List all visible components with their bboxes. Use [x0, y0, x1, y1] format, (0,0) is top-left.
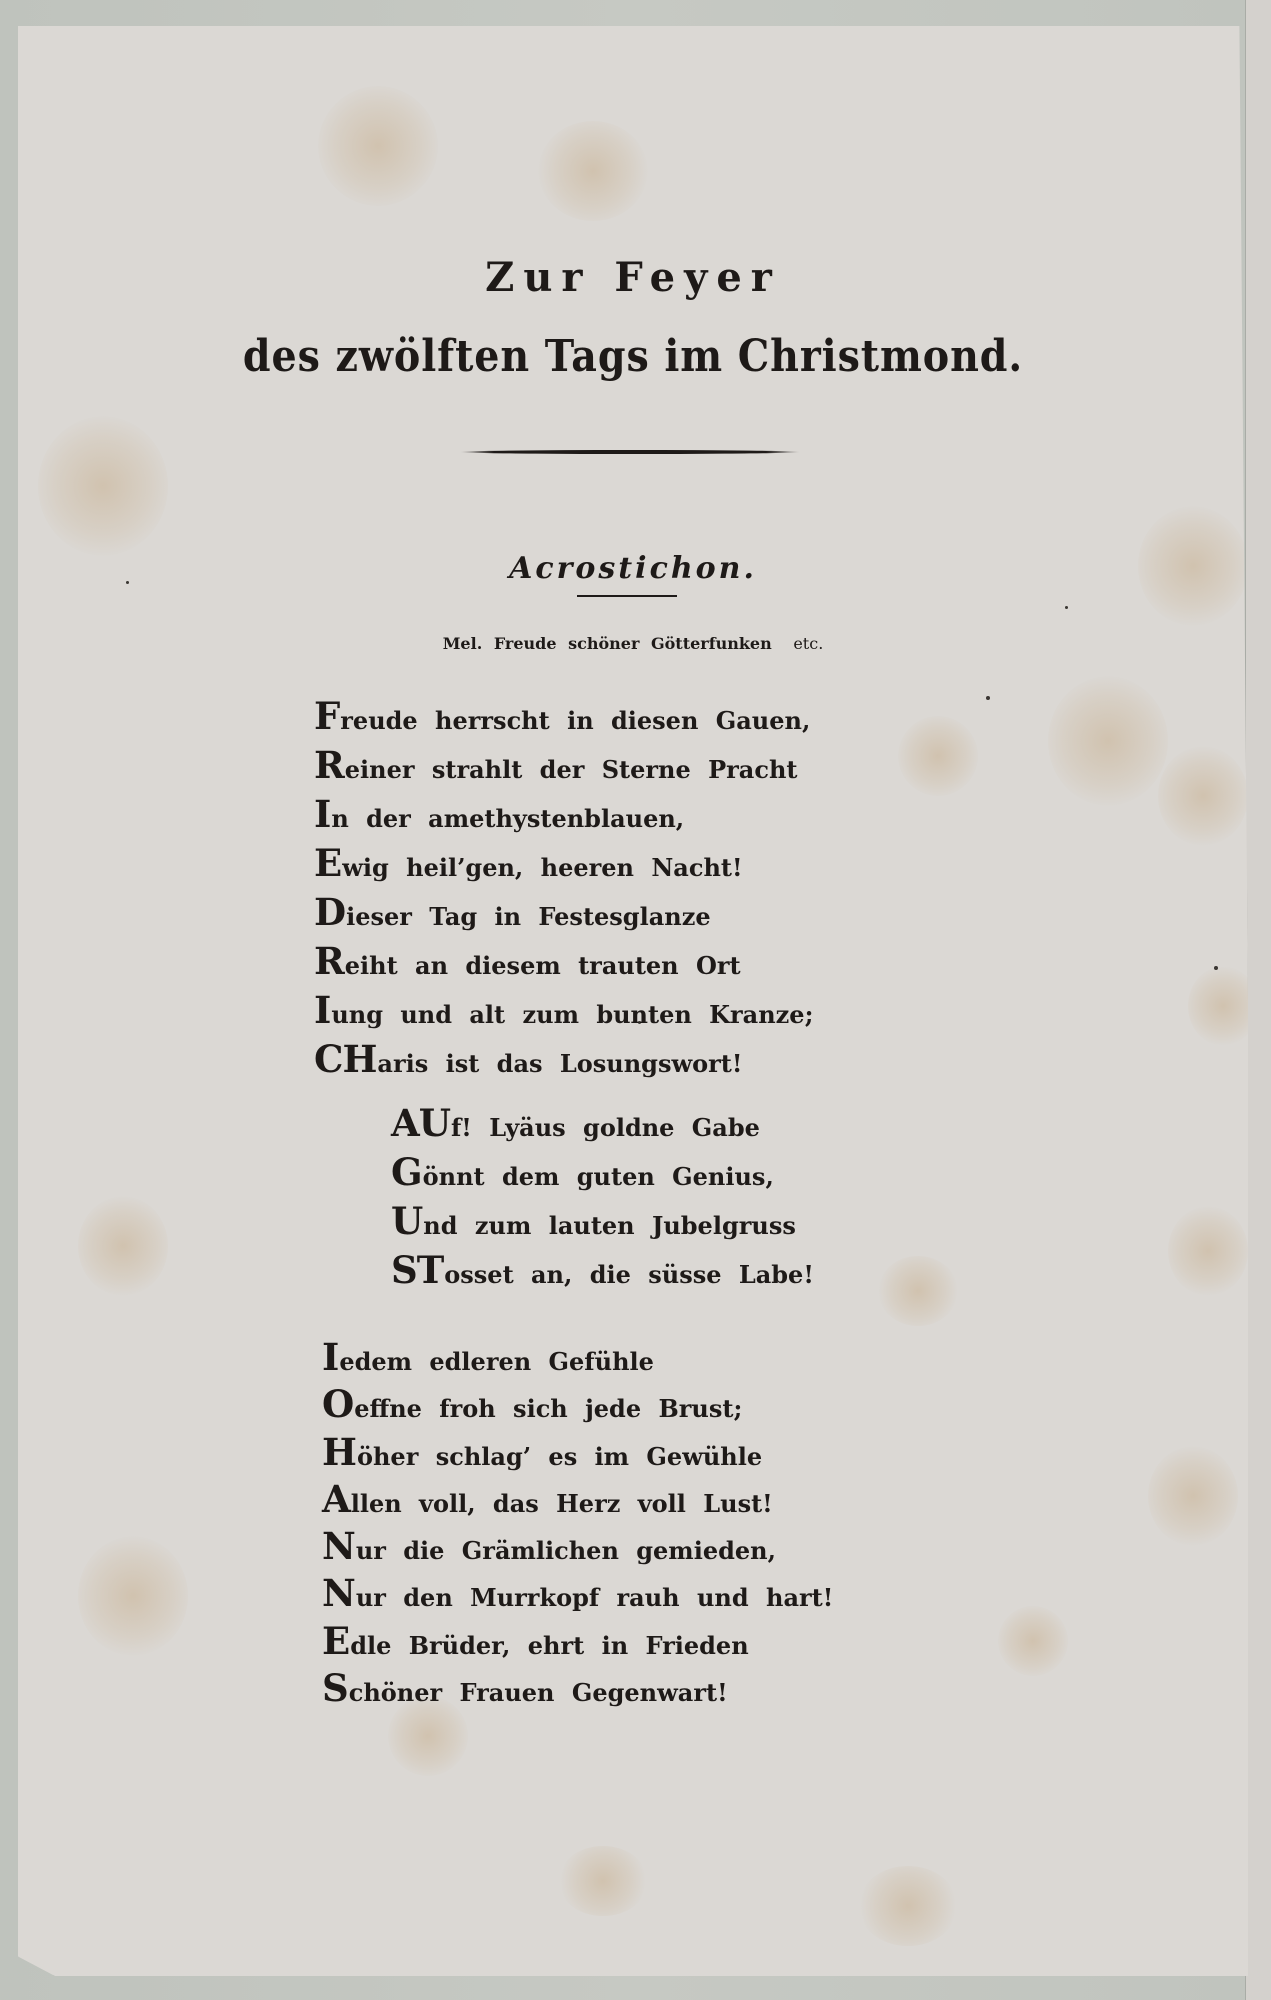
- subtitle-acrostichon: Acrostichon.: [18, 551, 1248, 586]
- melody-suffix: etc.: [793, 634, 823, 653]
- line-text: osset an, die süsse Labe!: [444, 1260, 814, 1289]
- acrostic-initial: E: [322, 1619, 349, 1663]
- line-text: öher schlag’ es im Gewühle: [357, 1442, 762, 1471]
- ink-speck: [986, 696, 990, 700]
- verse-line: Nur den Murrkopf rauh und hart!: [322, 1570, 833, 1617]
- acrostic-initial: I: [322, 1335, 338, 1379]
- acrostic-initial: N: [322, 1524, 355, 1568]
- line-text: edem edleren Gefühle: [339, 1347, 654, 1376]
- line-text: eiht an diesem trauten Ort: [345, 951, 741, 980]
- stanza-2: Iedem edleren Gefühle Oeffne froh sich j…: [322, 1334, 833, 1712]
- foxing-stain: [1168, 1206, 1248, 1296]
- line-text: ung und alt zum bunten Kranze;: [331, 1000, 813, 1029]
- verse-line: Gönnt dem guten Genius,: [391, 1148, 814, 1197]
- foxing-stain: [318, 86, 438, 206]
- verse-line: Schöner Frauen Gegenwart!: [322, 1665, 833, 1712]
- line-text: nd zum lauten Jubelgruss: [423, 1211, 796, 1240]
- line-text: ur den Murrkopf rauh und hart!: [356, 1583, 833, 1612]
- verse-line: AUf! Lyäus goldne Gabe: [391, 1099, 814, 1148]
- acrostic-initial: F: [314, 694, 339, 738]
- title-line-1: Zur Feyer: [18, 254, 1248, 301]
- foxing-stain: [878, 1256, 958, 1326]
- acrostic-initial: R: [314, 939, 344, 983]
- acrostic-initial: ST: [391, 1248, 443, 1292]
- line-text: n der amethystenblauen,: [331, 804, 684, 833]
- foxing-stain: [1188, 966, 1248, 1046]
- verse-line: Nur die Grämlichen gemieden,: [322, 1523, 833, 1570]
- subtitle-rule: [577, 595, 677, 597]
- acrostic-initial: A: [322, 1477, 350, 1521]
- line-text: wig heil’gen, heeren Nacht!: [342, 853, 742, 882]
- printed-broadsheet: Zur Feyer des zwölften Tags im Christmon…: [18, 26, 1248, 1976]
- line-text: einer strahlt der Sterne Pracht: [345, 755, 798, 784]
- line-text: chöner Frauen Gegenwart!: [349, 1678, 728, 1707]
- acrostic-initial: G: [391, 1150, 422, 1194]
- verse-line: Ewig heil’gen, heeren Nacht!: [314, 839, 813, 888]
- verse-line: Freude herrscht in diesen Gauen,: [314, 692, 813, 741]
- verse-line: Reiht an diesem trauten Ort: [314, 937, 813, 986]
- ink-speck: [1214, 966, 1218, 970]
- foxing-stain: [558, 1846, 648, 1916]
- acrostic-initial: S: [322, 1666, 348, 1710]
- acrostic-initial: U: [391, 1199, 422, 1243]
- line-text: aris ist das Losungswort!: [377, 1049, 742, 1078]
- line-text: llen voll, das Herz voll Lust!: [351, 1489, 773, 1518]
- verse-line: In der amethystenblauen,: [314, 790, 813, 839]
- acrostic-initial: CH: [314, 1037, 376, 1081]
- foxing-stain: [538, 121, 648, 221]
- line-text: f! Lyäus goldne Gabe: [451, 1113, 760, 1142]
- title-line-2: des zwölften Tags im Christmond.: [80, 331, 1187, 382]
- verse-line: Reiner strahlt der Sterne Pracht: [314, 741, 813, 790]
- acrostic-initial: I: [314, 988, 330, 1032]
- foxing-stain: [78, 1536, 188, 1656]
- verse-line: Und zum lauten Jubelgruss: [391, 1197, 814, 1246]
- stanza-chorus: AUf! Lyäus goldne Gabe Gönnt dem guten G…: [391, 1099, 814, 1295]
- verse-line: Oeffne froh sich jede Brust;: [322, 1381, 833, 1428]
- acrostic-initial: N: [322, 1571, 355, 1615]
- verse-line: STosset an, die süsse Labe!: [391, 1246, 814, 1295]
- line-text: dle Brüder, ehrt in Frieden: [350, 1631, 748, 1660]
- verse-line: Iung und alt zum bunten Kranze;: [314, 986, 813, 1035]
- melody-tune: Freude schöner Götterfunken: [494, 634, 772, 653]
- line-text: ur die Grämlichen gemieden,: [356, 1536, 776, 1565]
- line-text: ieser Tag in Festesglanze: [346, 902, 711, 931]
- title-rule: [460, 450, 800, 454]
- verse-line: Höher schlag’ es im Gewühle: [322, 1429, 833, 1476]
- foxing-stain: [1148, 1446, 1238, 1546]
- stanza-1: Freude herrscht in diesen Gauen, Reiner …: [314, 692, 813, 1084]
- acrostic-initial: R: [314, 743, 344, 787]
- underlying-sheet-edge: [1245, 0, 1271, 2000]
- acrostic-initial: O: [322, 1382, 353, 1426]
- foxing-stain: [898, 716, 978, 796]
- line-text: önnt dem guten Genius,: [423, 1162, 774, 1191]
- line-text: effne froh sich jede Brust;: [354, 1394, 742, 1423]
- verse-line: Allen voll, das Herz voll Lust!: [322, 1476, 833, 1523]
- acrostic-initial: H: [322, 1430, 356, 1474]
- melody-label: Mel.: [443, 634, 483, 653]
- verse-line: CHaris ist das Losungswort!: [314, 1035, 813, 1084]
- ink-speck: [1065, 606, 1068, 609]
- foxing-stain: [1048, 676, 1168, 806]
- foxing-stain: [78, 1196, 168, 1296]
- foxing-stain: [858, 1866, 958, 1946]
- verse-line: Iedem edleren Gefühle: [322, 1334, 833, 1381]
- acrostic-initial: E: [314, 841, 341, 885]
- acrostic-initial: I: [314, 792, 330, 836]
- acrostic-initial: AU: [391, 1101, 450, 1145]
- foxing-stain: [1158, 746, 1248, 846]
- foxing-stain: [998, 1606, 1068, 1676]
- verse-line: Dieser Tag in Festesglanze: [314, 888, 813, 937]
- line-text: reude herrscht in diesen Gauen,: [340, 706, 810, 735]
- foxing-stain: [38, 416, 168, 556]
- acrostic-initial: D: [314, 890, 345, 934]
- verse-line: Edle Brüder, ehrt in Frieden: [322, 1618, 833, 1665]
- melody-note: Mel. Freude schöner Götterfunken etc.: [18, 634, 1248, 653]
